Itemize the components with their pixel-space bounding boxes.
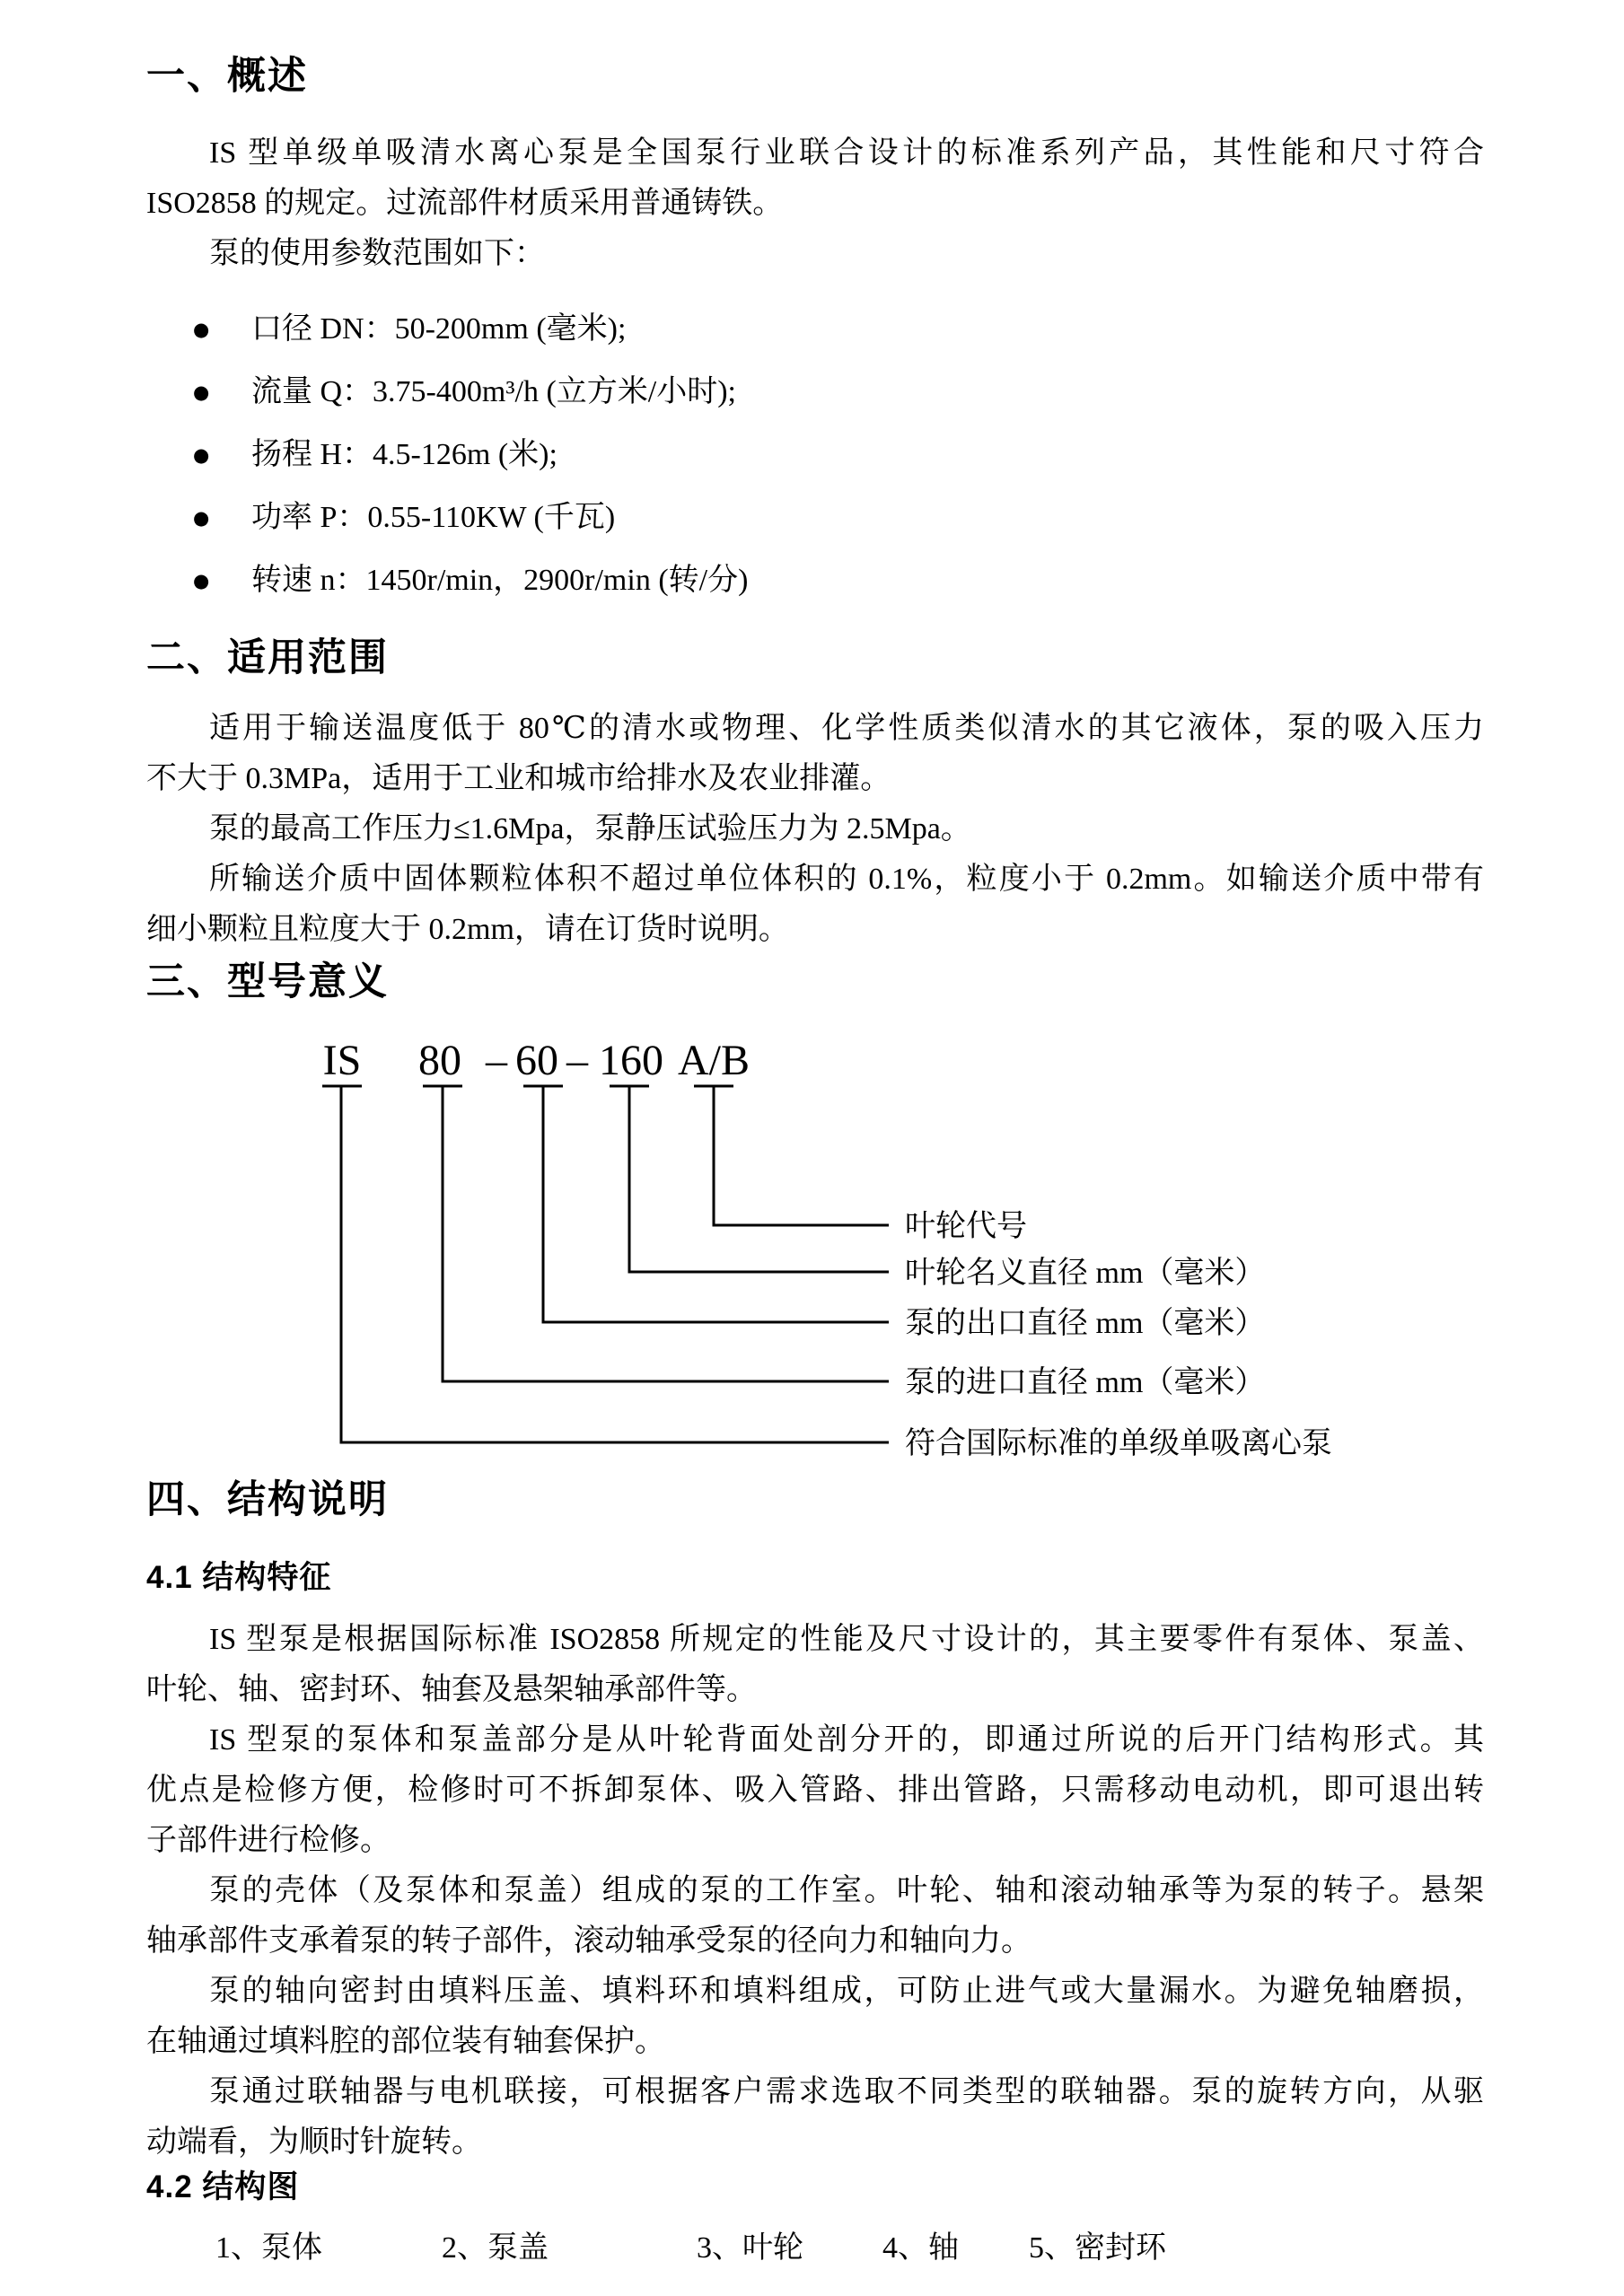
paragraph-line: 泵的壳体（及泵体和泵盖）组成的泵的工作室。叶轮、轴和滚动轴承等为泵的转子。悬架 [146,1866,1484,1916]
part-label-impeller: 3、叶轮 [697,2223,803,2274]
document-page: 一、概述 IS 型单级单吸清水离心泵是全国泵行业联合设计的标准系列产品，其性能和… [0,0,1624,2296]
parameter-text: 流量 Q：3.75-400m³/h (立方米/小时); [251,375,736,408]
paragraph-line: 泵通过联轴器与电机联接，可根据客户需求选取不同类型的联轴器。泵的旋转方向，从驱 [146,2067,1484,2117]
list-item: ● 扬程 H：4.5-126m (米); [146,424,1484,486]
paragraph-line: 所输送介质中固体颗粒体积不超过单位体积的 0.1%，粒度小于 0.2mm。如输送… [146,854,1484,905]
bullet-icon: ● [193,361,209,424]
overview-paragraph-2: 泵的使用参数范围如下： [146,229,1484,279]
scope-paragraph-1: 适用于输送温度低于 80℃的清水或物理、化学性质类似清水的其它液体，泵的吸入压力… [146,704,1484,804]
leader-impeller-variant [714,1086,889,1225]
parameter-text: 功率 P：0.55-110KW (千瓦) [251,501,615,534]
structure-paragraph-4: 泵的轴向密封由填料压盖、填料环和填料组成，可防止进气或大量漏水。为避免轴磨损， … [146,1967,1484,2067]
bullet-icon: ● [193,424,209,486]
leader-inlet [443,1086,889,1381]
section-heading-model: 三、型号意义 [146,955,1484,1009]
leader-impeller-diameter [629,1086,889,1272]
subsection-heading-4-1: 4.1 结构特征 [146,1558,1484,1598]
structure-paragraph-5: 泵通过联轴器与电机联接，可根据客户需求选取不同类型的联轴器。泵的旋转方向，从驱 … [146,2067,1484,2168]
paragraph-line: 适用于输送温度低于 80℃的清水或物理、化学性质类似清水的其它液体，泵的吸入压力 [146,704,1484,754]
bullet-icon: ● [193,549,209,612]
parameter-text: 扬程 H：4.5-126m (米); [251,438,557,471]
paragraph-line: 子部件进行检修。 [146,1816,1484,1866]
model-code-impeller-diameter: 160 [599,1037,663,1084]
paragraph-line: 叶轮、轴、密封环、轴套及悬架轴承部件等。 [146,1665,1484,1715]
parameter-text: 转速 n：1450r/min，2900r/min (转/分) [251,564,748,597]
list-item: ● 功率 P：0.55-110KW (千瓦) [146,486,1484,549]
section-heading-structure: 四、结构说明 [146,1473,1484,1527]
part-label-pump-cover: 2、泵盖 [442,2223,549,2274]
parameter-list: ● 口径 DN：50-200mm (毫米); ● 流量 Q：3.75-400m³… [146,298,1484,612]
overview-paragraph-1: IS 型单级单吸清水离心泵是全国泵行业联合设计的标准系列产品，其性能和尺寸符合 … [146,128,1484,229]
structure-paragraph-3: 泵的壳体（及泵体和泵盖）组成的泵的工作室。叶轮、轴和滚动轴承等为泵的转子。悬架 … [146,1866,1484,1967]
list-item: ● 口径 DN：50-200mm (毫米); [146,298,1484,361]
structure-paragraph-2: IS 型泵的泵体和泵盖部分是从叶轮背面处剖分开的，即通过所说的后开门结构形式。其… [146,1715,1484,1866]
section-heading-scope: 二、适用范围 [146,631,1484,685]
list-item: ● 流量 Q：3.75-400m³/h (立方米/小时); [146,361,1484,424]
structure-paragraph-1: IS 型泵是根据国际标准 ISO2858 所规定的性能及尺寸设计的，其主要零件有… [146,1615,1484,1715]
paragraph-line: IS 型单级单吸清水离心泵是全国泵行业联合设计的标准系列产品，其性能和尺寸符合 [146,128,1484,179]
dash-separator: – [566,1037,589,1084]
scope-paragraph-3: 所输送介质中固体颗粒体积不超过单位体积的 0.1%，粒度小于 0.2mm。如输送… [146,854,1484,955]
label-impeller-nominal-diameter: 叶轮名义直径 mm（毫米） [905,1256,1265,1290]
leader-series [341,1086,889,1442]
model-designation-diagram: IS 80 – 60 – 160 A/B 叶轮代号 叶轮名义直径 mm（毫米） … [146,1021,1484,1469]
bullet-icon: ● [193,486,209,549]
paragraph-line: IS 型泵的泵体和泵盖部分是从叶轮背面处剖分开的，即通过所说的后开门结构形式。其 [146,1715,1484,1766]
paragraph-line: 优点是检修方便，检修时可不拆卸泵体、吸入管路、排出管路，只需移动电动机，即可退出… [146,1766,1484,1816]
bullet-icon: ● [193,298,209,361]
parameter-text: 口径 DN：50-200mm (毫米); [251,312,626,346]
model-code-series: IS [323,1037,362,1084]
paragraph-line: 泵的轴向密封由填料压盖、填料环和填料组成，可防止进气或大量漏水。为避免轴磨损， [146,1967,1484,2017]
scope-paragraph-2: 泵的最高工作压力≤1.6Mpa，泵静压试验压力为 2.5Mpa。 [146,804,1484,854]
part-label-shaft: 4、轴 [882,2223,959,2274]
section-heading-overview: 一、概述 [146,49,1484,103]
label-pump-outlet-diameter: 泵的出口直径 mm（毫米） [905,1306,1265,1340]
model-code-impeller-variant: A/B [678,1037,750,1084]
label-impeller-code: 叶轮代号 [905,1209,1027,1243]
model-code-inlet: 80 [418,1037,461,1084]
leader-outlet [543,1086,889,1322]
dash-separator: – [485,1037,508,1084]
paragraph-line: 细小颗粒且粒度大于 0.2mm，请在订货时说明。 [146,905,1484,955]
label-pump-inlet-diameter: 泵的进口直径 mm（毫米） [905,1365,1265,1399]
model-code-outlet: 60 [515,1037,558,1084]
list-item: ● 转速 n：1450r/min，2900r/min (转/分) [146,549,1484,612]
paragraph-line: 不大于 0.3MPa，适用于工业和城市给排水及农业排灌。 [146,754,1484,804]
paragraph-line: 在轴通过填料腔的部位装有轴套保护。 [146,2017,1484,2067]
part-label-seal-ring: 5、密封环 [1029,2223,1166,2274]
parts-legend: 1、泵体 2、泵盖 3、叶轮 4、轴 5、密封环 [146,2223,1484,2274]
paragraph-line: ISO2858 的规定。过流部件材质采用普通铸铁。 [146,179,1484,229]
label-international-standard-pump: 符合国际标准的单级单吸离心泵 [905,1426,1332,1460]
paragraph-line: 动端看，为顺时针旋转。 [146,2117,1484,2168]
paragraph-line: IS 型泵是根据国际标准 ISO2858 所规定的性能及尺寸设计的，其主要零件有… [146,1615,1484,1665]
callout-lines [322,1086,889,1442]
subsection-heading-4-2: 4.2 结构图 [146,2168,1484,2207]
paragraph-line: 轴承部件支承着泵的转子部件，滚动轴承受泵的径向力和轴向力。 [146,1916,1484,1967]
part-label-pump-body: 1、泵体 [215,2223,322,2274]
